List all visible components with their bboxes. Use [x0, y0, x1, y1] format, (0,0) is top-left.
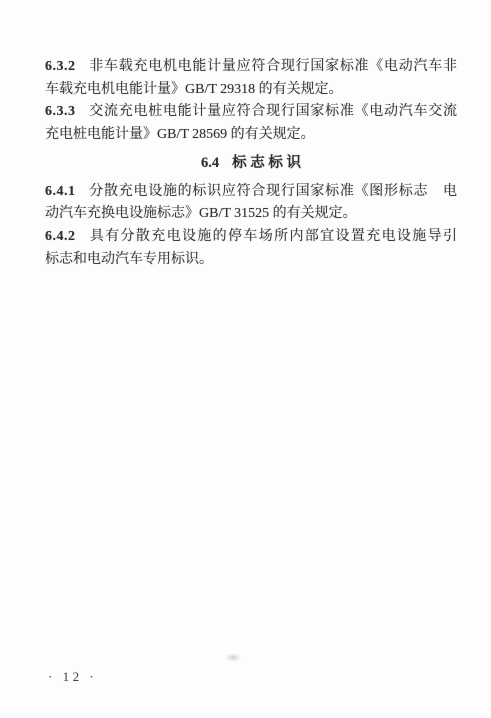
clause-number: 6.3.2: [45, 59, 76, 74]
clause-6-4-1-line-1: 6.4.1分散充电设施的标识应符合现行国家标准《图形标志 电: [45, 181, 457, 204]
clause-text: 具有分散充电设施的停车场所内部宜设置充电设施导引: [89, 229, 458, 244]
clause-6-3-3-line-2: 充电桩电能计量》GB/T 28569 的有关规定。: [45, 124, 457, 147]
section-heading: 6.4标 志 标 识: [45, 152, 457, 175]
clause-text: 分散充电设施的标识应符合现行国家标准《图形标志 电: [89, 184, 458, 199]
clause-6-3-2-line-2: 车载充电机电能计量》GB/T 29318 的有关规定。: [45, 79, 457, 102]
page-number: · 12 ·: [48, 669, 97, 685]
clause-6-4-2-line-2: 标志和电动汽车专用标识。: [45, 249, 457, 272]
clause-6-4-1-line-2: 动汽车充换电设施标志》GB/T 31525 的有关规定。: [45, 203, 457, 226]
clause-number: 6.3.3: [45, 104, 76, 119]
clause-text: 标志和电动汽车专用标识。: [45, 252, 213, 267]
clause-6-3-3-line-1: 6.3.3交流充电桩电能计量应符合现行国家标准《电动汽车交流: [45, 101, 457, 124]
document-page: 6.3.2非车载充电机电能计量应符合现行国家标准《电动汽车非 车载充电机电能计量…: [0, 0, 491, 718]
clause-number: 6.4.2: [45, 229, 76, 244]
clause-text: 动汽车充换电设施标志》GB/T 31525 的有关规定。: [45, 206, 357, 221]
scan-smudge-artifact: [225, 653, 241, 662]
section-heading-number: 6.4: [201, 155, 219, 171]
document-content: 6.3.2非车载充电机电能计量应符合现行国家标准《电动汽车非 车载充电机电能计量…: [45, 56, 457, 271]
clause-number: 6.4.1: [45, 184, 76, 199]
clause-text: 车载充电机电能计量》GB/T 29318 的有关规定。: [45, 82, 343, 97]
clause-6-4-2-line-1: 6.4.2具有分散充电设施的停车场所内部宜设置充电设施导引: [45, 226, 457, 249]
clause-text: 交流充电桩电能计量应符合现行国家标准《电动汽车交流: [89, 104, 458, 119]
clause-6-3-2-line-1: 6.3.2非车载充电机电能计量应符合现行国家标准《电动汽车非: [45, 56, 457, 79]
clause-text: 充电桩电能计量》GB/T 28569 的有关规定。: [45, 127, 315, 142]
section-heading-title: 标 志 标 识: [232, 155, 301, 171]
clause-text: 非车载充电机电能计量应符合现行国家标准《电动汽车非: [89, 59, 458, 74]
